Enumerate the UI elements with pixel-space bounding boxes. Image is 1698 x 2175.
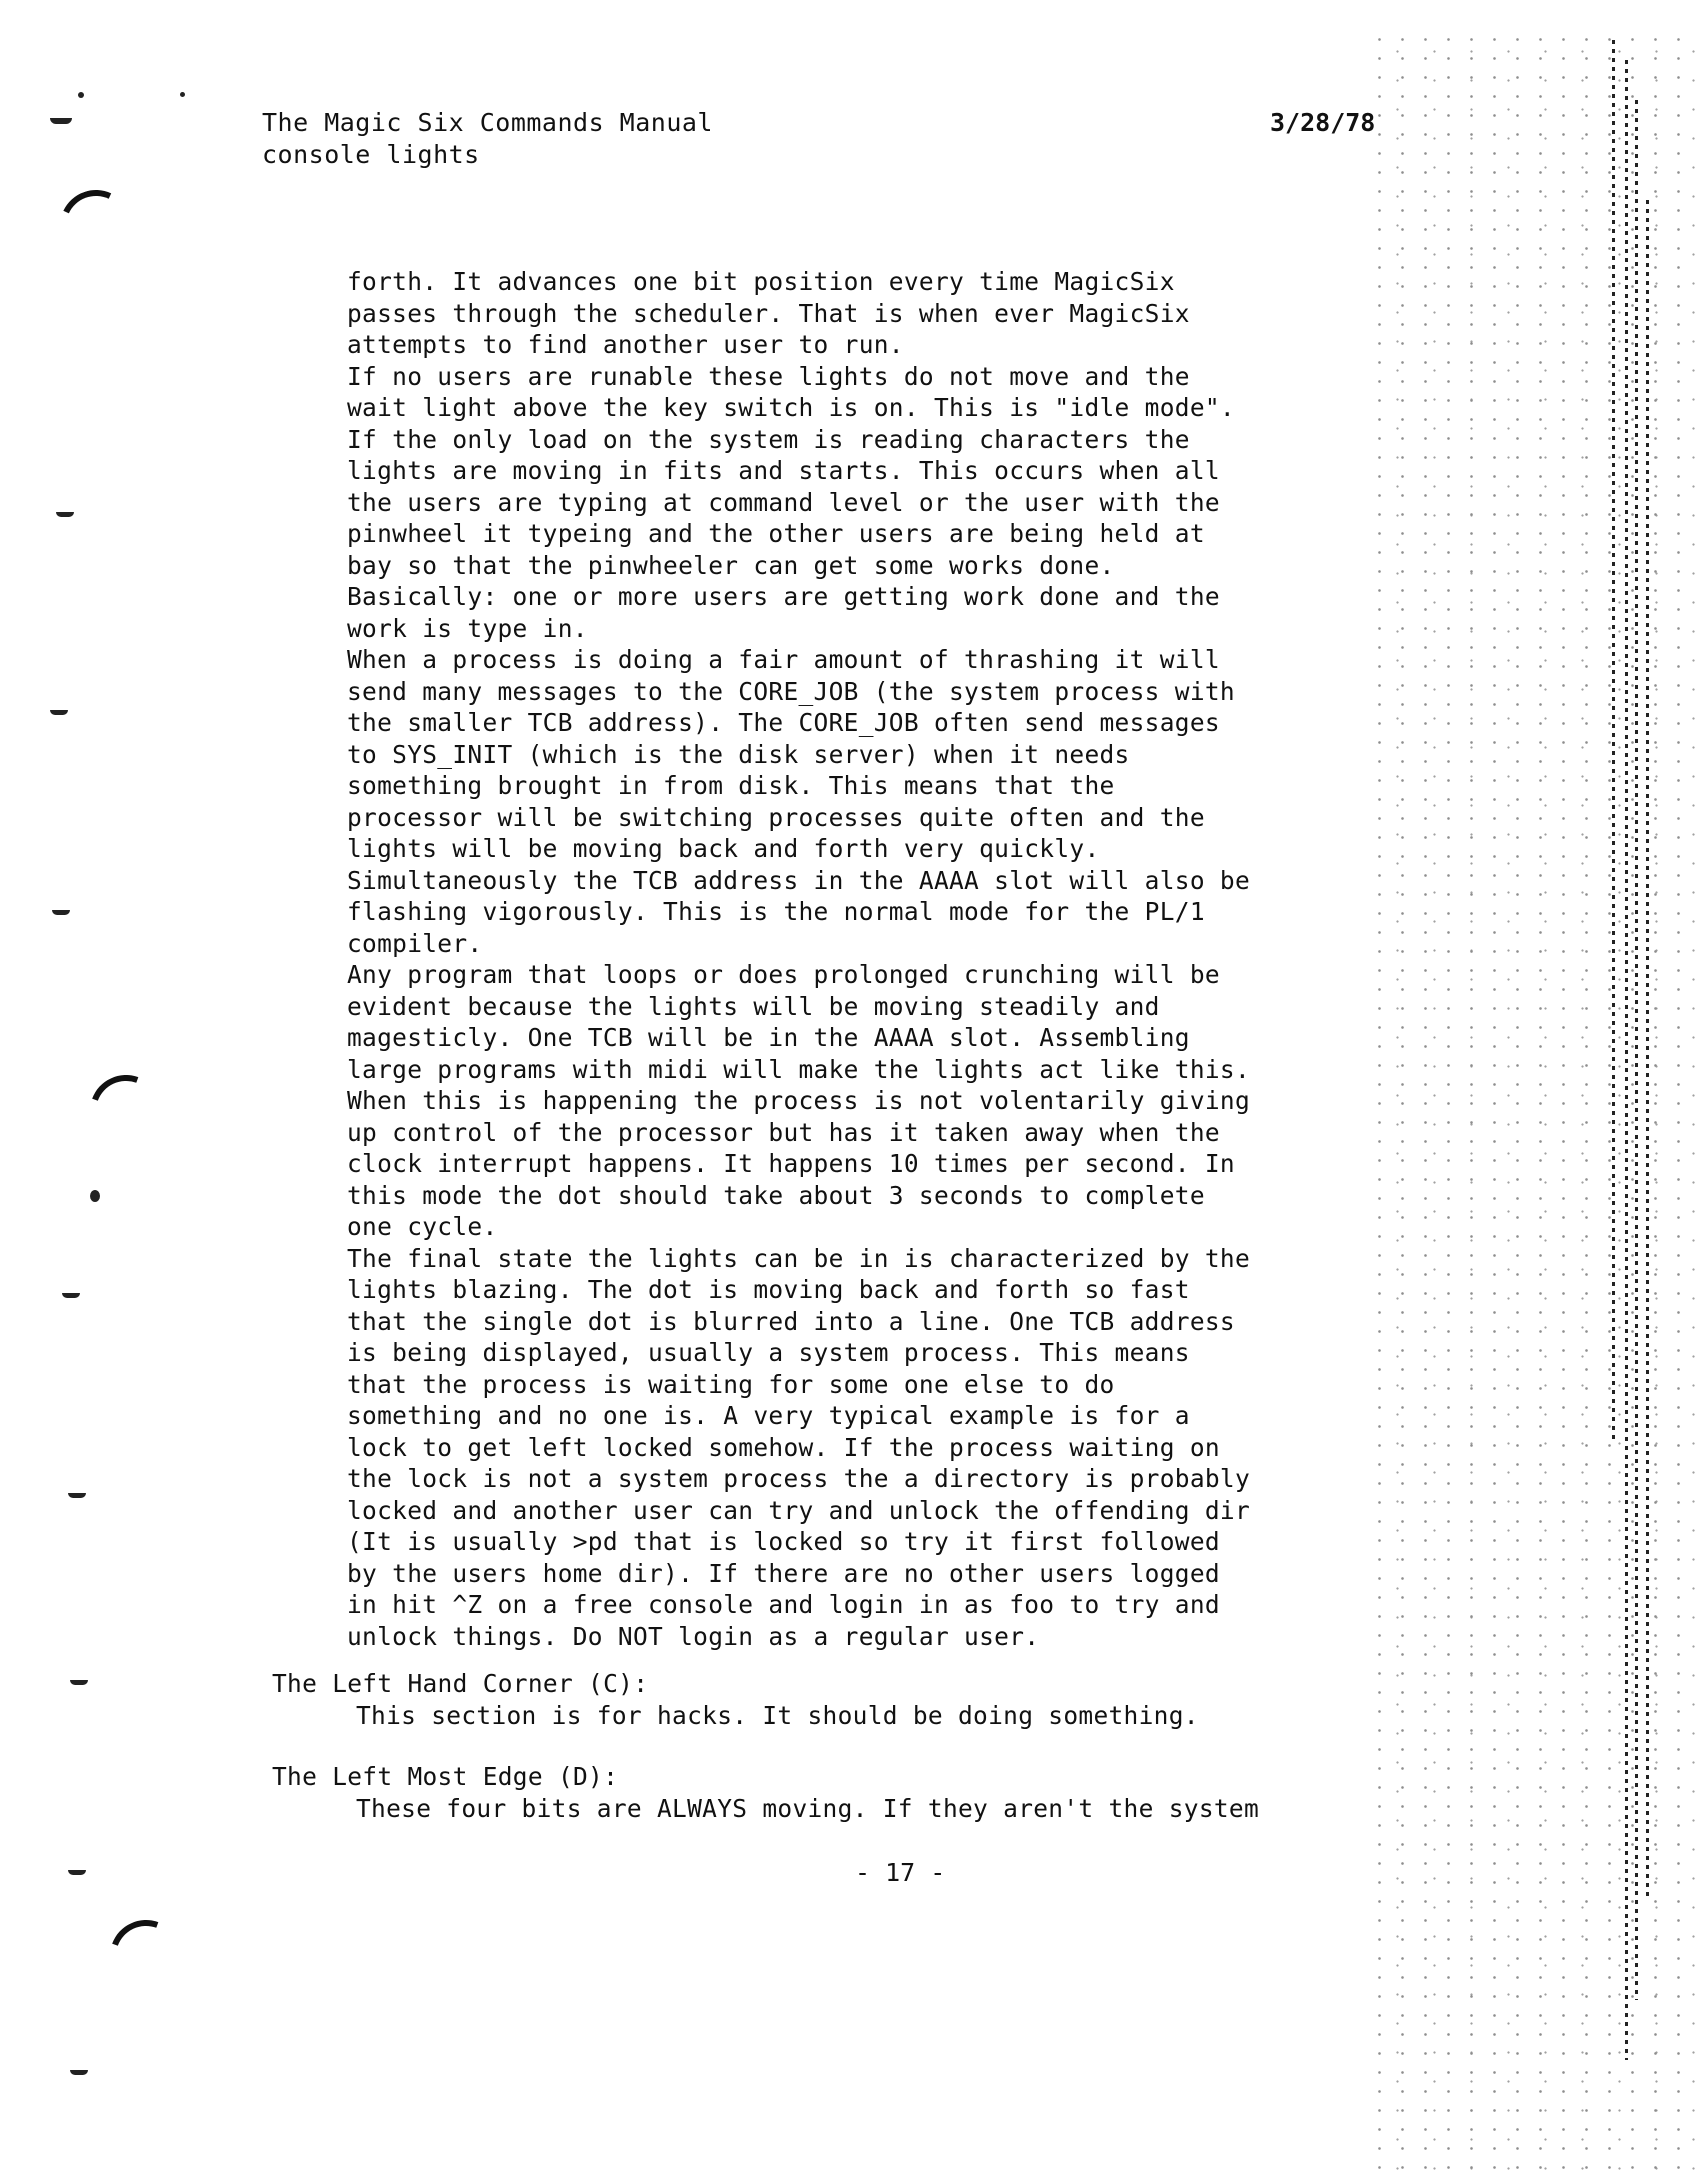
section-heading: The Left Most Edge (D):	[272, 1761, 1372, 1793]
text-line: Basically: one or more users are getting…	[347, 581, 1347, 613]
scan-streak	[1635, 100, 1638, 2000]
scan-speck	[56, 512, 74, 517]
text-line: Simultaneously the TCB address in the AA…	[347, 865, 1347, 897]
text-line: unlock things. Do NOT login as a regular…	[347, 1621, 1347, 1653]
scan-speck	[62, 1293, 80, 1298]
text-line: When this is happening the process is no…	[347, 1085, 1347, 1117]
text-line: If no users are runable these lights do …	[347, 361, 1347, 393]
body-text: forth. It advances one bit position ever…	[347, 266, 1347, 1652]
text-line: up control of the processor but has it t…	[347, 1117, 1347, 1149]
text-line: the users are typing at command level or…	[347, 487, 1347, 519]
scan-streak	[1612, 40, 1615, 1440]
binder-hole-mark	[78, 1063, 174, 1159]
text-line: large programs with midi will make the l…	[347, 1054, 1347, 1086]
document-page: The Magic Six Commands Manual console li…	[0, 0, 1698, 2175]
text-line: attempts to find another user to run.	[347, 329, 1347, 361]
text-line: something and no one is. A very typical …	[347, 1400, 1347, 1432]
text-line: (It is usually >pd that is locked so try…	[347, 1526, 1347, 1558]
section-text: This section is for hacks. It should be …	[272, 1700, 1372, 1732]
text-line: clock interrupt happens. It happens 10 t…	[347, 1148, 1347, 1180]
scan-speck	[180, 92, 185, 97]
text-line: lights are moving in fits and starts. Th…	[347, 455, 1347, 487]
text-line: lock to get left locked somehow. If the …	[347, 1432, 1347, 1464]
text-line: compiler.	[347, 928, 1347, 960]
text-line: Any program that loops or does prolonged…	[347, 959, 1347, 991]
scan-speck	[68, 1493, 86, 1498]
scan-speck	[52, 910, 70, 915]
text-line: When a process is doing a fair amount of…	[347, 644, 1347, 676]
text-line: evident because the lights will be movin…	[347, 991, 1347, 1023]
section-heading: The Left Hand Corner (C):	[272, 1668, 1372, 1700]
section-left-most-edge: The Left Most Edge (D): These four bits …	[272, 1761, 1372, 1824]
text-line: wait light above the key switch is on. T…	[347, 392, 1347, 424]
section-left-hand-corner: The Left Hand Corner (C): This section i…	[272, 1668, 1372, 1731]
scan-speck	[50, 710, 68, 715]
binder-hole-mark	[98, 1908, 194, 2004]
page-number: - 17 -	[855, 1858, 945, 1887]
scan-streak	[1646, 200, 1649, 1900]
text-line: forth. It advances one bit position ever…	[347, 266, 1347, 298]
text-line: is being displayed, usually a system pro…	[347, 1337, 1347, 1369]
text-line: pinwheel it typeing and the other users …	[347, 518, 1347, 550]
text-line: The final state the lights can be in is …	[347, 1243, 1347, 1275]
manual-title: The Magic Six Commands Manual	[262, 108, 713, 137]
text-line: the lock is not a system process the a d…	[347, 1463, 1347, 1495]
text-line: the smaller TCB address). The CORE_JOB o…	[347, 707, 1347, 739]
section-name: console lights	[262, 140, 480, 169]
scan-speck	[70, 2070, 88, 2075]
text-line: something brought in from disk. This mea…	[347, 770, 1347, 802]
text-line: by the users home dir). If there are no …	[347, 1558, 1347, 1590]
text-line: that the single dot is blurred into a li…	[347, 1306, 1347, 1338]
text-line: lights blazing. The dot is moving back a…	[347, 1274, 1347, 1306]
text-line: flashing vigorously. This is the normal …	[347, 896, 1347, 928]
text-line: in hit ^Z on a free console and login in…	[347, 1589, 1347, 1621]
scan-streak	[1625, 60, 1628, 2060]
text-line: If the only load on the system is readin…	[347, 424, 1347, 456]
scan-speck	[90, 1190, 100, 1202]
text-line: that the process is waiting for some one…	[347, 1369, 1347, 1401]
text-line: magesticly. One TCB will be in the AAAA …	[347, 1022, 1347, 1054]
text-line: locked and another user can try and unlo…	[347, 1495, 1347, 1527]
text-line: send many messages to the CORE_JOB (the …	[347, 676, 1347, 708]
text-line: to SYS_INIT (which is the disk server) w…	[347, 739, 1347, 771]
section-text: These four bits are ALWAYS moving. If th…	[272, 1793, 1372, 1825]
binder-hole-mark	[50, 180, 142, 272]
scan-speck	[70, 1680, 88, 1685]
scan-speck	[68, 1870, 86, 1875]
document-date: 3/28/78	[1270, 108, 1375, 137]
text-line: passes through the scheduler. That is wh…	[347, 298, 1347, 330]
text-line: processor will be switching processes qu…	[347, 802, 1347, 834]
text-line: bay so that the pinwheeler can get some …	[347, 550, 1347, 582]
text-line: one cycle.	[347, 1211, 1347, 1243]
text-line: this mode the dot should take about 3 se…	[347, 1180, 1347, 1212]
scan-speck	[50, 118, 72, 124]
text-line: lights will be moving back and forth ver…	[347, 833, 1347, 865]
scan-speck	[78, 92, 84, 98]
text-line: work is type in.	[347, 613, 1347, 645]
